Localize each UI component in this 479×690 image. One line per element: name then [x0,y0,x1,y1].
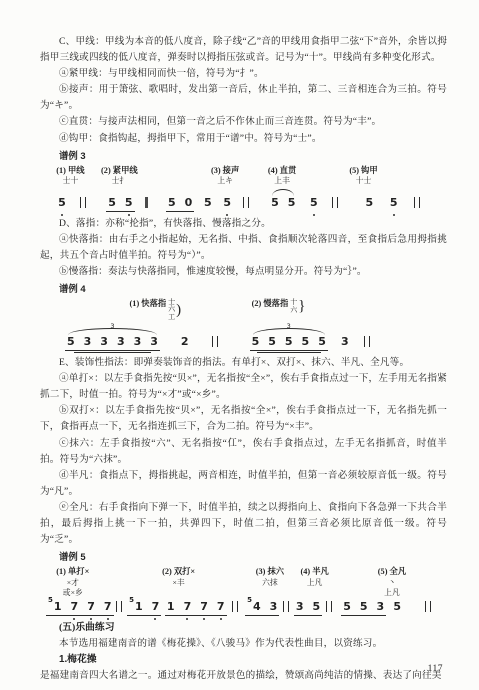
notation-label-top: (3) 接声 [211,166,239,176]
notation-label: (2) 慢落指十六} [252,299,306,314]
measure: 35333332 [46,335,238,351]
paragraph-banfan: ⓓ半凡：食指点下，拇指挑起，两音相连，时值半拍，但第一音必须较原音低一级。符号为… [40,468,447,500]
note-group: 5 [388,196,400,211]
notation-symbol: ×才 [56,579,89,588]
notation-label-name: (3) 抹六 [256,567,284,577]
notation-label: (1) 快落指士六工) [130,299,182,321]
note-group: 3533333 [65,335,160,351]
music-note: 3 [296,600,304,613]
music-note: 7 [200,600,208,613]
notation-symbol: 士十 [56,177,84,186]
measure [408,600,448,612]
music-note: 3 [84,335,92,348]
music-note: 7 [87,600,95,613]
notation-label-top: (4) 直贯 [268,166,296,176]
note-group: 5 [202,196,214,211]
notation-label-top: (2) 慢落指十六} [252,299,306,314]
notation-label-top: (1) 快落指士六工) [130,299,182,321]
notation-staff: 517775171777543355535 [46,600,447,616]
measure: 5055 [158,196,258,212]
music-note: 3 [134,335,142,348]
music-note: 3 [100,335,108,348]
music-note: 3 [377,600,385,613]
double-bar-line [283,601,289,612]
falling-finger-brace: } [298,299,305,314]
music-note: 3 [150,335,158,348]
tuplet-number: 3 [110,323,114,330]
music-note: 5 [312,600,320,613]
double-bar-line [326,601,332,612]
note-group: 355555 [250,335,328,351]
double-bar-line [116,601,122,612]
note-group: 5 [56,196,68,211]
notation-labels: (1) 甲线士十(2) 紧甲线士扌(3) 接声上キ(4) 直贯上丰(5) 钩甲十… [40,166,447,193]
paragraph-meihua-desc: 是福建南音四大名谱之一。通过对梅花开放景色的描绘，赞颂高尚纯洁的情操、表达了向往… [40,668,447,684]
notation-label: (3) 抹六六抹 [256,567,284,587]
notation-label-name: (4) 直贯 [268,166,296,176]
notation-staff: 353333323555553 [46,335,447,351]
music-note: 5 [223,196,231,209]
notation-label-top: (2) 双打× [162,567,195,577]
measure: 35 [292,600,336,616]
notation-label-top: (1) 甲线 [56,166,84,176]
music-note: 5 [390,196,398,209]
double-bar-line [364,336,370,347]
paragraph-kuailuozhi: ⓐ快落指：由右手之小指起始，无名指、中指、食指顺次轮落四音，至食指后急用拇指挑起… [40,232,447,264]
note-group: 55 [269,196,297,211]
music-note: 7 [104,600,112,613]
measure: 55 [351,196,435,211]
notation-label-top: (2) 紧甲线 [101,166,138,176]
measure: 543 [244,600,292,616]
notation-label-top: (4) 半凡 [300,567,328,577]
notation-label: (2) 双打××丰 [162,567,195,587]
paragraph-manluozhi: ⓑ慢落指：奏法与快落指同，惟速度较慢，每点明显分开。符号为“｝”。 [40,264,447,280]
music-note: 5 [252,335,260,348]
notation-label-top: (5) 全凡 [378,567,406,577]
music-note: 5 [310,196,318,209]
note-group: 517 [127,600,161,616]
paragraph-quanfan: ⓔ全凡：右手食指向下弹一下，时值半拍，续之以拇指向上、食指向下各急弹一下共合半拍… [40,500,447,548]
notation-symbol: 或×乡 [56,589,89,598]
notation-label-name: (4) 半凡 [300,567,328,577]
notation-label-name: (3) 接声 [211,166,239,176]
page-number: 117 [428,664,443,674]
notation-label: (5) 钩甲十士 [349,166,377,186]
notation-label: (3) 接声上キ [211,166,239,186]
paragraph-danda: ⓐ单打×：以左手食指先按“贝×”，无名指按“全×”，俟右手食指点过一下，左手用无… [40,371,447,403]
grace-note: 5 [247,596,252,604]
paragraph-shuangda: ⓑ双打×：以左手食指先按“贝×”，无名指按“全×”，俟右手食指点过一下，无名指先… [40,403,447,435]
example-5-heading: 谱例 5 [40,549,447,564]
music-note: 5 [288,196,296,209]
notation-symbol: 士扌 [101,177,138,186]
music-note: 5 [204,196,212,209]
notation-symbol: 丶 [378,579,406,588]
paragraph-goujia: ⓓ钩甲：食指钩起，拇指甲下，常用于“谱”中。符号为“士”。 [40,131,447,147]
note-group: 2 [179,335,191,350]
notation-label-name: (2) 紧甲线 [101,166,138,176]
notation-label: (1) 甲线士十 [56,166,84,186]
note-group: 51777 [46,600,114,616]
music-note: 5 [365,196,373,209]
paragraph-zhiguan: ⓒ直贯：与接声法相同，但第一音之后不作休止而三音连贯。符号为“丰”。 [40,114,447,130]
measure: 51777 [46,600,124,616]
note-group: 5 [308,196,320,211]
note-group: 553 [341,600,386,616]
notation-labels: (1) 快落指士六工)(2) 慢落指十六} [40,299,447,332]
example-3-heading: 谱例 3 [40,148,447,163]
double-bar-line [80,197,86,208]
note-group: 50 [166,196,194,212]
grace-note: 5 [48,596,53,604]
measure: 5535 [336,600,408,616]
measure: 3555553 [238,335,382,351]
grace-note: 5 [129,596,134,604]
paragraph-yuequ-intro: 本节选用福建南音的谱《梅花操》、《八骏马》作为代表性曲目，以资练习。 [40,636,447,652]
tuplet-number: 3 [287,323,291,330]
book-page: C、甲线：甲线为本音的低八度音，除子线“乙”音的甲线用食指甲二弦“下”音外，余皆… [0,0,479,690]
note-group: 5 [391,600,403,615]
music-note: 51 [129,600,143,613]
note-group: 543 [245,600,279,616]
music-example-5: (1) 单打××才或×乡(2) 双打××丰(3) 抹六六抹(4) 半凡上凡(5)… [40,567,447,616]
music-note: 0 [185,196,193,209]
example-4-heading: 谱例 4 [40,281,447,296]
note-group: 3 [339,335,351,350]
notation-symbol: 六抹 [256,579,284,588]
notation-label: (1) 单打××才或×乡 [56,567,89,598]
double-bar-line [425,601,431,612]
section-5-heading: (五)乐曲练习 [40,620,447,636]
notation-label: (4) 半凡上凡 [300,567,328,587]
music-note: 5 [318,335,326,348]
music-note: 5 [285,335,293,348]
music-note: 5 [125,196,133,209]
music-note: 5 [343,600,351,613]
measure: 5171777 [124,600,244,616]
measure: 5 [46,196,98,211]
notation-label-name: (2) 慢落指 [252,299,289,309]
note-group: 5 [221,196,233,211]
notation-label-name: (5) 钩甲 [349,166,377,176]
music-note: 54 [247,600,261,613]
thick-bar-line [145,197,149,208]
double-bar-line [212,336,218,347]
notation-symbol: ×丰 [162,579,195,588]
double-bar-line [243,197,249,208]
music-note: 5 [58,196,66,209]
music-note: 5 [302,335,310,348]
notation-label: (2) 紧甲线士扌 [101,166,138,186]
music-note: 5 [108,196,116,209]
paragraph-zhuangshi: E、装饰性指法：即弹奏装饰音的指法。有单打×、双打×、抹六、半凡、全凡等。 [40,355,447,371]
notation-label-name: (1) 单打× [56,567,89,577]
note-group: 1777 [165,600,227,616]
notation-label-top: (5) 钩甲 [349,166,377,176]
notation-symbol: 上凡 [300,579,328,588]
music-note: 3 [341,335,349,348]
notation-label-name: (5) 全凡 [378,567,406,577]
notation-symbol: 六 [290,307,297,314]
notation-label: (5) 全凡丶上凡 [378,567,406,598]
note-group: 35 [294,600,322,616]
music-note: 5 [67,335,75,348]
music-note: 7 [217,600,225,613]
music-note: 5 [271,196,279,209]
measure: 55 [98,196,158,212]
music-note: 5 [168,196,176,209]
music-note: 7 [71,600,79,613]
notation-labels: (1) 单打××才或×乡(2) 双打××丰(3) 抹六六抹(4) 半凡上凡(5)… [40,567,447,597]
paragraph-jiaxian: C、甲线：甲线为本音的低八度音，除子线“乙”音的甲线用食指甲二弦“下”音外，余皆… [40,34,447,66]
notation-symbol: 上キ [211,177,239,186]
notation-label-top: (3) 抹六 [256,567,284,577]
meihua-heading: 1.梅花操 [40,652,447,668]
notation-symbol: 十士 [349,177,377,186]
music-example-3: (1) 甲线士十(2) 紧甲线士扌(3) 接声上キ(4) 直贯上丰(5) 钩甲十… [40,166,447,212]
notation-label: (4) 直贯上丰 [268,166,296,186]
double-bar-line [232,601,238,612]
notation-label-name: (1) 快落指 [130,299,167,309]
paragraph-jiesheng: ⓑ接声：用于箫弦、歌唱时，发出第一音后，休止半拍，第二、三音相连合为三拍。符号为… [40,82,447,114]
paragraph-luozhi: D、落指：亦称“抡指”，有快落指、慢落指之分。 [40,216,447,232]
music-note: 3 [117,335,125,348]
double-bar-line [332,197,338,208]
double-bar-line [414,197,420,208]
music-note: 1 [167,600,175,613]
notation-label-top: (1) 单打× [56,567,89,577]
paragraph-moliu: ⓒ抹六：左手食指按“六”、无名指按“仜”，俟右手食指点过，左手无名指抓音，时值半… [40,436,447,468]
music-note: 2 [181,335,189,348]
music-note: 5 [360,600,368,613]
notation-symbol-column: 士六工 [168,299,175,321]
notation-symbol: 工 [168,314,175,321]
notation-label-name: (1) 甲线 [56,166,84,176]
note-group: 5 [363,196,375,211]
notation-symbol: 上丰 [268,177,296,186]
notation-symbol: 上凡 [378,589,406,598]
music-note: 7 [152,600,160,613]
notation-staff: 555505555555 [46,196,447,212]
paragraph-jin-jiaxian: ⓐ紧甲线：与甲线相同而快一倍，符号为“扌”。 [40,66,447,82]
music-note: 51 [48,600,62,613]
falling-finger-brace: ) [176,303,181,318]
music-note: 5 [393,600,401,613]
notation-symbol-stack: 十六} [290,299,305,314]
music-note: 7 [184,600,192,613]
notation-symbol-column: 十六 [290,299,297,314]
notation-label-name: (2) 双打× [162,567,195,577]
music-note: 5 [268,335,276,348]
notation-symbol-stack: 士六工) [168,299,181,321]
note-group: 55 [106,196,134,212]
measure: 555 [259,196,351,211]
music-note: 3 [270,600,278,613]
music-example-4: (1) 快落指士六工)(2) 慢落指十六} 353333323555553 [40,299,447,351]
